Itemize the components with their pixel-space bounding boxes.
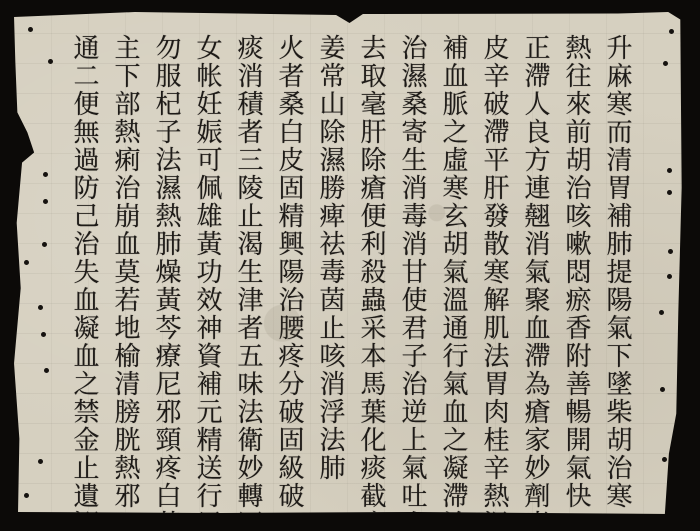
text-columns: 升麻寒而清胃補肺提陽氣下墜柴胡治寒 熱往來前胡治咳嗽悶瘀香附善暢開氣快 正滯人良… [63,34,637,514]
text-column-11: 女帐妊娠可佩雄黃功效神資補元精送行男 [186,34,227,514]
binding-hole-dot [44,368,49,373]
binding-hole-dot [43,172,48,177]
binding-hole-dot [28,27,33,32]
binding-hole-dot [659,310,664,315]
text-column-13: 主下部熱痢治崩血莫若地榆清膀胱熱邪 [104,34,145,514]
binding-hole-dot [24,493,29,498]
binding-hole-dot [43,199,48,204]
binding-hole-dot [24,260,29,265]
text-column-12: 勿服杞子法濕熱肺燥黃芩療尼邪頸疼白芷 [145,34,186,514]
text-column-7: 去取毫肝除瘡便利殺蟲采本馬葉化痰截瘧 [350,34,391,514]
binding-hole-dot [667,168,672,173]
text-column-8: 姜常山除濕勝痺祛毒茵止咳消浮法肺 [309,34,350,514]
binding-hole-dot [41,332,46,337]
text-column-4: 皮辛破滯平肝發散寒解肌法胃肉桂辛熱溫 [473,34,514,514]
text-column-5: 補血脈之虛寒玄胡氣溫通行氣血之凝滯治毛 [432,34,473,514]
binding-hole-dot [663,61,668,66]
text-column-9: 火者桑白皮固精興陽治腰疼分破固級破 [268,34,309,514]
binding-hole-dot [662,457,667,462]
text-column-1: 升麻寒而清胃補肺提陽氣下墜柴胡治寒 [596,34,637,514]
binding-hole-dot [667,190,672,195]
binding-hole-dot [667,274,672,279]
manuscript-page: 升麻寒而清胃補肺提陽氣下墜柴胡治寒 熱往來前胡治咳嗽悶瘀香附善暢開氣快 正滯人良… [14,12,685,514]
binding-hole-dot [38,459,43,464]
text-column-3: 正滯人良方連翹消氣聚血滯為瘡家妙劑青 [514,34,555,514]
binding-hole-dot [38,305,43,310]
binding-hole-dot [669,29,674,34]
binding-hole-dot [668,249,673,254]
binding-hole-dot [660,387,665,392]
scan-background: 升麻寒而清胃補肺提陽氣下墜柴胡治寒 熱往來前胡治咳嗽悶瘀香附善暢開氣快 正滯人良… [0,0,700,531]
binding-hole-dot [48,59,53,64]
binding-hole-dot [42,242,47,247]
text-column-14: 通二便無過防己治失血凝血之禁金止遺溺 [63,34,104,514]
text-column-2: 熱往來前胡治咳嗽悶瘀香附善暢開氣快 [555,34,596,514]
text-column-6: 治濕桑寄生消毒消甘使君子治逆上氣吐血 [391,34,432,514]
text-column-10: 痰消積者三陵止渴生津者五味法衛妙轉回男 [227,34,268,514]
